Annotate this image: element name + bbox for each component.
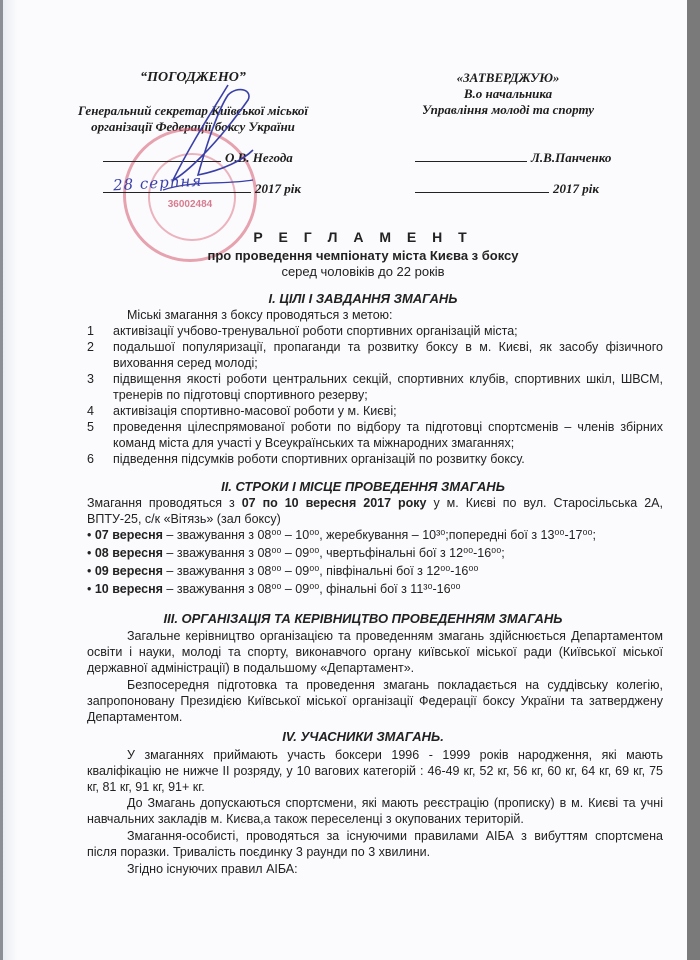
section-3-heading: III. ОРГАНІЗАЦІЯ ТА КЕРІВНИЦТВО ПРОВЕДЕН… — [63, 611, 663, 626]
schedule-item: • 08 вересня – зважування з 08⁰⁰ – 09⁰⁰,… — [87, 545, 663, 561]
section-4-paragraph: До Змагань допускаються спортсмени, які … — [87, 795, 663, 827]
approval-right-date-line: 2017 рік — [415, 181, 665, 197]
document-title: Р Е Г Л А М Е Н Т — [103, 229, 623, 245]
goal-item: 6підведення підсумків роботи спортивних … — [87, 451, 663, 467]
goal-item: 3підвищення якості роботи центральних се… — [87, 371, 663, 403]
approval-right-position-1: В.о начальника — [393, 86, 623, 102]
section-1-heading: I. ЦІЛІ І ЗАВДАННЯ ЗМАГАНЬ — [103, 291, 623, 306]
signature-line — [415, 161, 527, 162]
approval-right-signer-line: Л.В.Панченко — [415, 150, 665, 166]
document-subtitle: про проведення чемпіонату міста Києва з … — [103, 248, 623, 263]
schedule-item: • 09 вересня – зважування з 08⁰⁰ – 09⁰⁰,… — [87, 563, 663, 579]
signature-scribble — [153, 80, 263, 200]
schedule-item: • 07 вересня – зважування з 08⁰⁰ – 10⁰⁰,… — [87, 527, 663, 543]
document-subtitle-2: серед чоловіків до 22 років — [103, 264, 623, 279]
section-4-heading: IV. УЧАСНИКИ ЗМАГАНЬ. — [103, 729, 623, 744]
section-3-paragraph: Загальне керівництво організацією та про… — [87, 628, 663, 676]
date-line — [415, 192, 549, 193]
stamp-code: 36002484 — [126, 199, 254, 210]
goal-item: 2подальшої популяризації, пропаганди та … — [87, 339, 663, 371]
approval-right-year: 2017 рік — [553, 181, 599, 196]
document-page: “ПОГОДЖЕНО” Генеральний секретар Київськ… — [0, 0, 687, 960]
section-1-intro: Міські змагання з боксу проводяться з ме… — [127, 307, 627, 323]
section-4-paragraph: Змагання-особисті, проводяться за існуюч… — [87, 828, 663, 860]
goal-item: 4активізація спортивно-масової роботи у … — [87, 403, 663, 419]
approval-right-heading: «ЗАТВЕРДЖУЮ» — [393, 70, 623, 86]
approval-right-signer: Л.В.Панченко — [531, 150, 611, 165]
schedule-item: • 10 вересня – зважування з 08⁰⁰ – 09⁰⁰,… — [87, 581, 663, 597]
section-3-paragraph: Безпосередня підготовка та проведення зм… — [87, 677, 663, 725]
section-2-intro: Змагання проводяться з 07 по 10 вересня … — [87, 495, 663, 527]
section-2-heading: II. СТРОКИ І МІСЦЕ ПРОВЕДЕННЯ ЗМАГАНЬ — [103, 479, 623, 494]
section-4-paragraph: У змаганнях приймають участь боксери 199… — [87, 747, 663, 795]
goal-item: 1активізації учбово-тренувальної роботи … — [87, 323, 663, 339]
approval-right-position-2: Управління молоді та спорту — [393, 102, 623, 118]
goal-item: 5проведення цілеспрямованої роботи по ві… — [87, 419, 663, 451]
section-4-paragraph: Згідно існуючих правил АІБА: — [87, 861, 663, 877]
